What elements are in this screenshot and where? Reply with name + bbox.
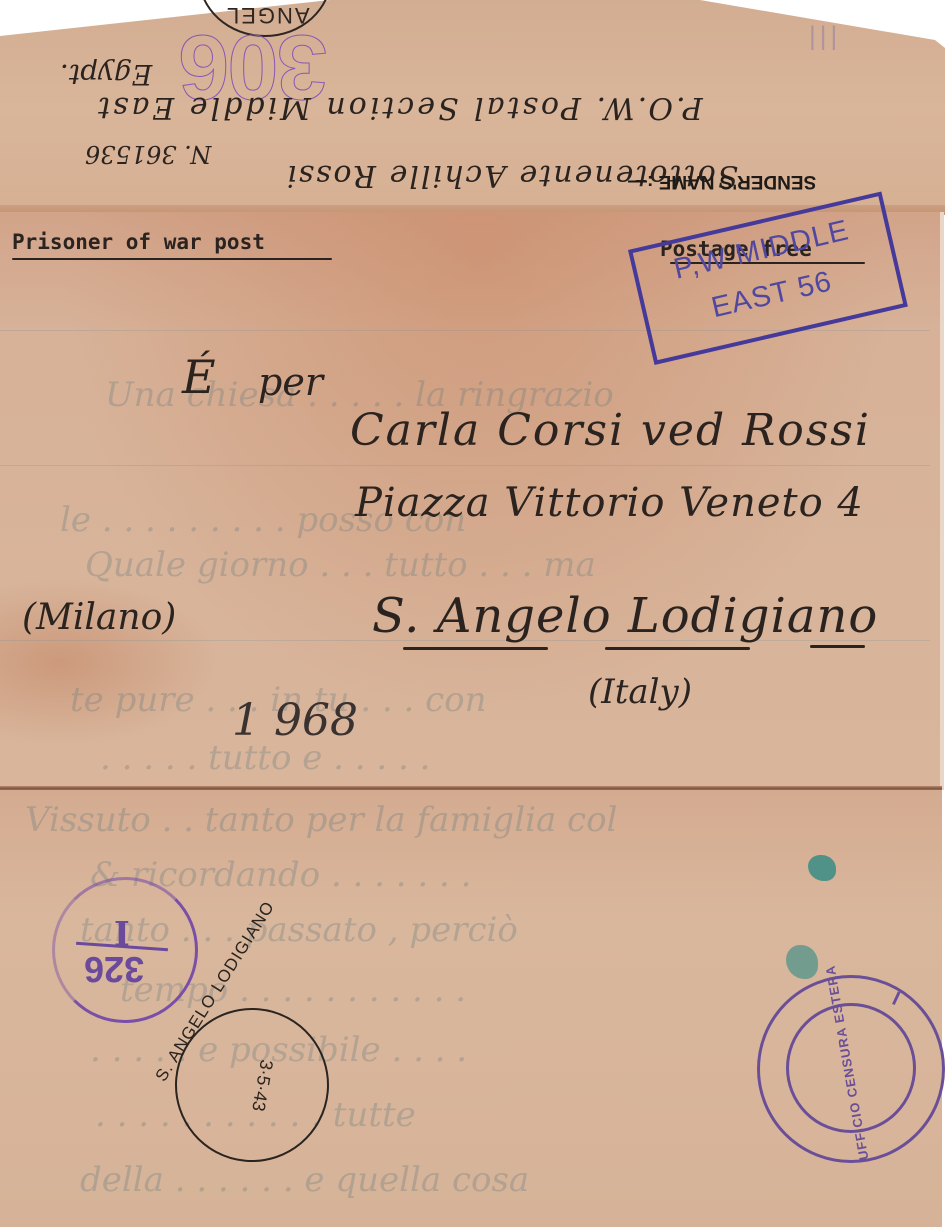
show-through-text: Quale giorno . . . tutto . . . ma	[85, 545, 596, 585]
sender-location: Egypt.	[60, 58, 152, 91]
sender-address: P.O.W. Postal Section Middle East	[95, 90, 703, 125]
show-through-text: Vissuto . . tanto per la famiglia col	[25, 800, 617, 840]
sender-number: N. 361536	[85, 140, 211, 168]
city-underline	[810, 645, 865, 648]
violet-stamp-bottom: 326	[84, 948, 144, 990]
ink-blot	[808, 855, 836, 881]
show-through-text: della . . . . . . e quella cosa	[80, 1160, 529, 1200]
senders-name-label: SENDER'S NAME :—	[628, 170, 816, 192]
recipient-name: Carla Corsi ved Rossi	[350, 405, 871, 456]
recipient-street: Piazza Vittorio Veneto 4	[355, 480, 864, 526]
city-underline	[403, 647, 548, 650]
per-label: per	[258, 360, 323, 404]
faint-violet-mark: |||	[805, 24, 837, 55]
city-underline	[605, 647, 750, 650]
recipient-city: S. Angelo Lodigiano	[372, 588, 878, 644]
ruled-line	[0, 465, 930, 466]
pow-letter: ANGEL ||| 306 Egypt. P.O.W. Postal Secti…	[0, 0, 950, 1227]
prefix-mark: É	[182, 350, 216, 404]
reference-number: 1 968	[232, 695, 358, 746]
prisoner-of-war-post-label: Prisoner of war post	[12, 230, 265, 254]
province: (Milano)	[22, 597, 176, 638]
recipient-country: (Italy)	[588, 672, 692, 712]
underline	[12, 258, 332, 260]
